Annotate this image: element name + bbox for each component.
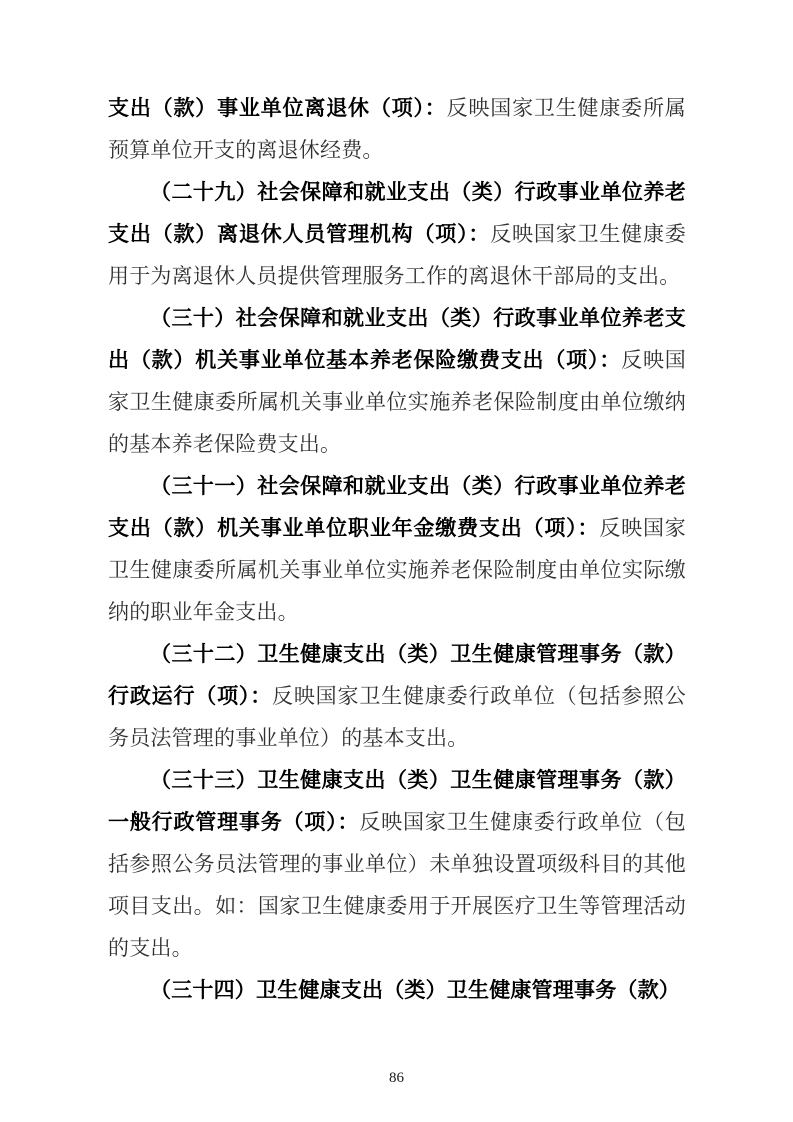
document-body: 支出（款）事业单位离退休（项）：反映国家卫生健康委所属预算单位开支的离退休经费。… [108,87,686,1011]
paragraph-head: （三十）社会保障和就业支出（类）行政事业单位养老支出（款）机关事业单位基本养老保… [108,306,686,372]
paragraph-head: 支出（款）事业单位离退休（项）： [108,96,447,120]
document-page: 支出（款）事业单位离退休（项）：反映国家卫生健康委所属预算单位开支的离退休经费。… [0,0,793,1122]
paragraph-item-30: （三十）社会保障和就业支出（类）行政事业单位养老支出（款）机关事业单位基本养老保… [108,297,686,465]
paragraph-continuation: 支出（款）事业单位离退休（项）：反映国家卫生健康委所属预算单位开支的离退休经费。 [108,87,686,171]
page-number: 86 [0,1070,793,1087]
paragraph-item-34: （三十四）卫生健康支出（类）卫生健康管理事务（款） [108,969,686,1011]
paragraph-item-32: （三十二）卫生健康支出（类）卫生健康管理事务（款）行政运行（项）：反映国家卫生健… [108,633,686,759]
paragraph-item-29: （二十九）社会保障和就业支出（类）行政事业单位养老支出（款）离退休人员管理机构（… [108,171,686,297]
paragraph-head: （三十四）卫生健康支出（类）卫生健康管理事务（款） [150,978,680,1002]
paragraph-item-31: （三十一）社会保障和就业支出（类）行政事业单位养老支出（款）机关事业单位职业年金… [108,465,686,633]
paragraph-item-33: （三十三）卫生健康支出（类）卫生健康管理事务（款）一般行政管理事务（项）：反映国… [108,759,686,969]
